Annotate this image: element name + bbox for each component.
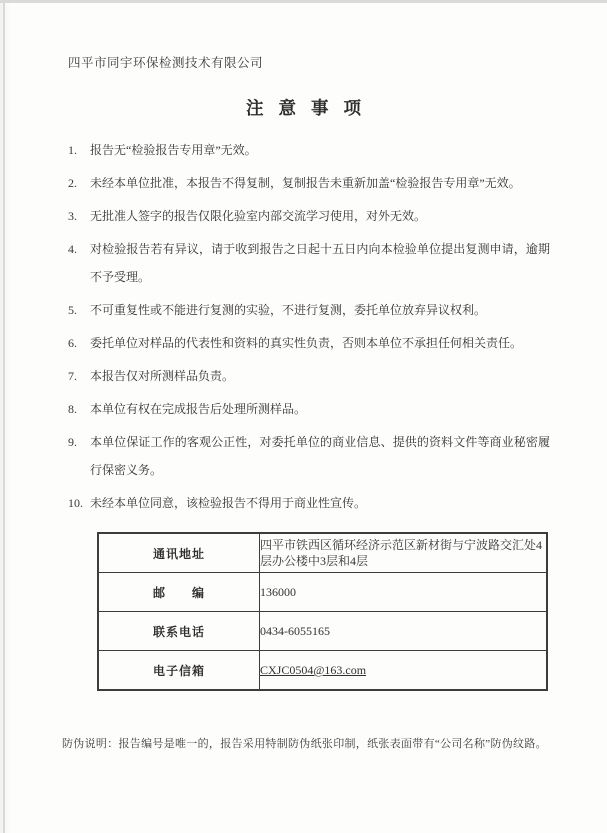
table-row-phone: 联系电话 0434-6055165 bbox=[98, 612, 547, 651]
notice-number: 10. bbox=[68, 489, 90, 517]
notice-number: 4. bbox=[68, 235, 90, 291]
scan-edge-fade bbox=[0, 0, 10, 833]
notice-item: 6. 委托单位对样品的代表性和资料的真实性负责，否则本单位不承担任何相关责任。 bbox=[68, 329, 550, 357]
company-name: 四平市同宇环保检测技术有限公司 bbox=[68, 53, 263, 71]
notice-text: 委托单位对样品的代表性和资料的真实性负责，否则本单位不承担任何相关责任。 bbox=[90, 329, 550, 357]
notice-text: 本报告仅对所测样品负责。 bbox=[90, 362, 550, 390]
table-value-postcode: 136000 bbox=[260, 573, 548, 612]
notice-item: 3. 无批准人签字的报告仅限化验室内部交流学习使用，对外无效。 bbox=[68, 202, 550, 230]
table-label-email: 电子信箱 bbox=[98, 651, 260, 691]
notice-item: 4. 对检验报告若有异议，请于收到报告之日起十五日内向本检验单位提出复测申请，逾… bbox=[68, 235, 550, 291]
table-label-phone: 联系电话 bbox=[98, 612, 260, 651]
email-value: CXJC0504@163.com bbox=[260, 663, 366, 677]
notice-text: 未经本单位同意，该检验报告不得用于商业性宣传。 bbox=[90, 489, 550, 517]
table-label-address: 通讯地址 bbox=[98, 533, 260, 573]
notice-text: 不可重复性或不能进行复测的实验，不进行复测，委托单位放弃异议权利。 bbox=[90, 296, 550, 324]
notice-text: 无批准人签字的报告仅限化验室内部交流学习使用，对外无效。 bbox=[90, 202, 550, 230]
table-label-postcode: 邮 编 bbox=[98, 573, 260, 612]
notice-list: 1. 报告无“检验报告专用章”无效。 2. 未经本单位批准，本报告不得复制，复制… bbox=[68, 136, 550, 522]
table-row-email: 电子信箱 CXJC0504@163.com bbox=[98, 651, 547, 691]
notice-item: 5. 不可重复性或不能进行复测的实验，不进行复测，委托单位放弃异议权利。 bbox=[68, 296, 550, 324]
notice-item: 10. 未经本单位同意，该检验报告不得用于商业性宣传。 bbox=[68, 489, 550, 517]
table-row-address: 通讯地址 四平市铁西区循环经济示范区新材街与宁波路交汇处4层办公楼中3层和4层 bbox=[98, 533, 547, 573]
notice-text: 报告无“检验报告专用章”无效。 bbox=[90, 136, 550, 164]
table-value-address: 四平市铁西区循环经济示范区新材街与宁波路交汇处4层办公楼中3层和4层 bbox=[260, 533, 548, 573]
notice-number: 1. bbox=[68, 136, 90, 164]
notice-number: 3. bbox=[68, 202, 90, 230]
scanned-document-page: 四平市同宇环保检测技术有限公司 注意事项 1. 报告无“检验报告专用章”无效。 … bbox=[0, 0, 607, 833]
notice-number: 7. bbox=[68, 362, 90, 390]
notice-number: 9. bbox=[68, 428, 90, 484]
notice-text: 未经本单位批准，本报告不得复制，复制报告未重新加盖“检验报告专用章”无效。 bbox=[90, 169, 550, 197]
notice-text: 对检验报告若有异议，请于收到报告之日起十五日内向本检验单位提出复测申请，逾期不予… bbox=[90, 235, 550, 291]
table-value-phone: 0434-6055165 bbox=[260, 612, 548, 651]
notice-number: 6. bbox=[68, 329, 90, 357]
notice-item: 2. 未经本单位批准，本报告不得复制，复制报告未重新加盖“检验报告专用章”无效。 bbox=[68, 169, 550, 197]
notice-item: 7. 本报告仅对所测样品负责。 bbox=[68, 362, 550, 390]
page-title: 注意事项 bbox=[0, 95, 607, 120]
notice-item: 1. 报告无“检验报告专用章”无效。 bbox=[68, 136, 550, 164]
anti-counterfeit-note: 防伪说明：报告编号是唯一的，报告采用特制防伪纸张印制，纸张表面带有“公司名称”防… bbox=[62, 735, 582, 751]
notice-number: 2. bbox=[68, 169, 90, 197]
notice-number: 5. bbox=[68, 296, 90, 324]
table-row-postcode: 邮 编 136000 bbox=[98, 573, 547, 612]
notice-text: 本单位有权在完成报告后处理所测样品。 bbox=[90, 395, 550, 423]
table-value-email: CXJC0504@163.com bbox=[260, 651, 548, 691]
scan-edge-top bbox=[0, 0, 607, 3]
contact-table: 通讯地址 四平市铁西区循环经济示范区新材街与宁波路交汇处4层办公楼中3层和4层 … bbox=[97, 532, 548, 691]
notice-text: 本单位保证工作的客观公正性，对委托单位的商业信息、提供的资料文件等商业秘密履行保… bbox=[90, 428, 550, 484]
notice-item: 9. 本单位保证工作的客观公正性，对委托单位的商业信息、提供的资料文件等商业秘密… bbox=[68, 428, 550, 484]
scan-edge-left bbox=[3, 0, 5, 833]
notice-item: 8. 本单位有权在完成报告后处理所测样品。 bbox=[68, 395, 550, 423]
notice-number: 8. bbox=[68, 395, 90, 423]
